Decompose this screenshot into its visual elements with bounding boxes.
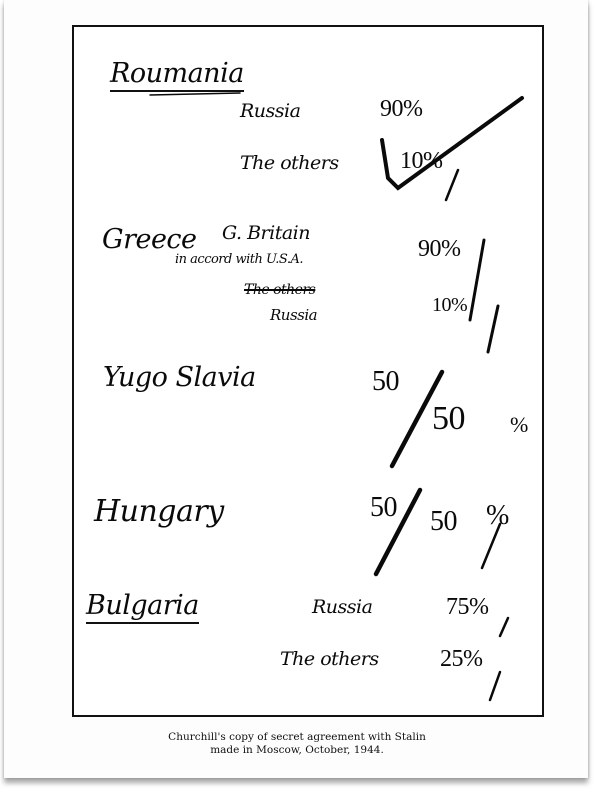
country-roumania: Roumania — [110, 58, 244, 92]
yugoslavia-percent-sign: % — [510, 412, 528, 438]
roumania-others-share: 10% — [400, 148, 443, 175]
roumania-russia-share: 90% — [380, 96, 423, 123]
caption: Churchill's copy of secret agreement wit… — [0, 731, 594, 757]
country-bulgaria: Bulgaria — [86, 590, 199, 624]
greece-struck-label: The others — [244, 282, 315, 298]
hungary-percent-sign: % — [486, 500, 509, 532]
hungary-left-share: 50 — [370, 492, 397, 524]
caption-line-1: Churchill's copy of secret agreement wit… — [0, 731, 594, 744]
caption-line-2: made in Moscow, October, 1944. — [0, 744, 594, 757]
hungary-right-share: 50 — [430, 506, 457, 538]
greece-gb-share: 90% — [418, 236, 461, 263]
bulgaria-russia-label: Russia — [312, 596, 372, 618]
yugoslavia-left-share: 50 — [372, 366, 399, 398]
country-hungary: Hungary — [94, 494, 224, 529]
bulgaria-others-share: 25% — [440, 646, 483, 673]
country-yugoslavia: Yugo Slavia — [103, 362, 256, 393]
roumania-russia-label: Russia — [240, 100, 300, 122]
country-greece: Greece — [102, 224, 197, 255]
greece-accord-label: in accord with U.S.A. — [175, 252, 303, 267]
greece-russia-share: 10% — [432, 294, 467, 317]
bulgaria-others-label: The others — [280, 648, 379, 670]
roumania-others-label: The others — [240, 152, 339, 174]
greece-russia-label: Russia — [270, 306, 317, 324]
yugoslavia-right-share: 50 — [432, 400, 465, 438]
greece-gb-label: G. Britain — [222, 222, 310, 244]
bulgaria-russia-share: 75% — [446, 594, 489, 621]
